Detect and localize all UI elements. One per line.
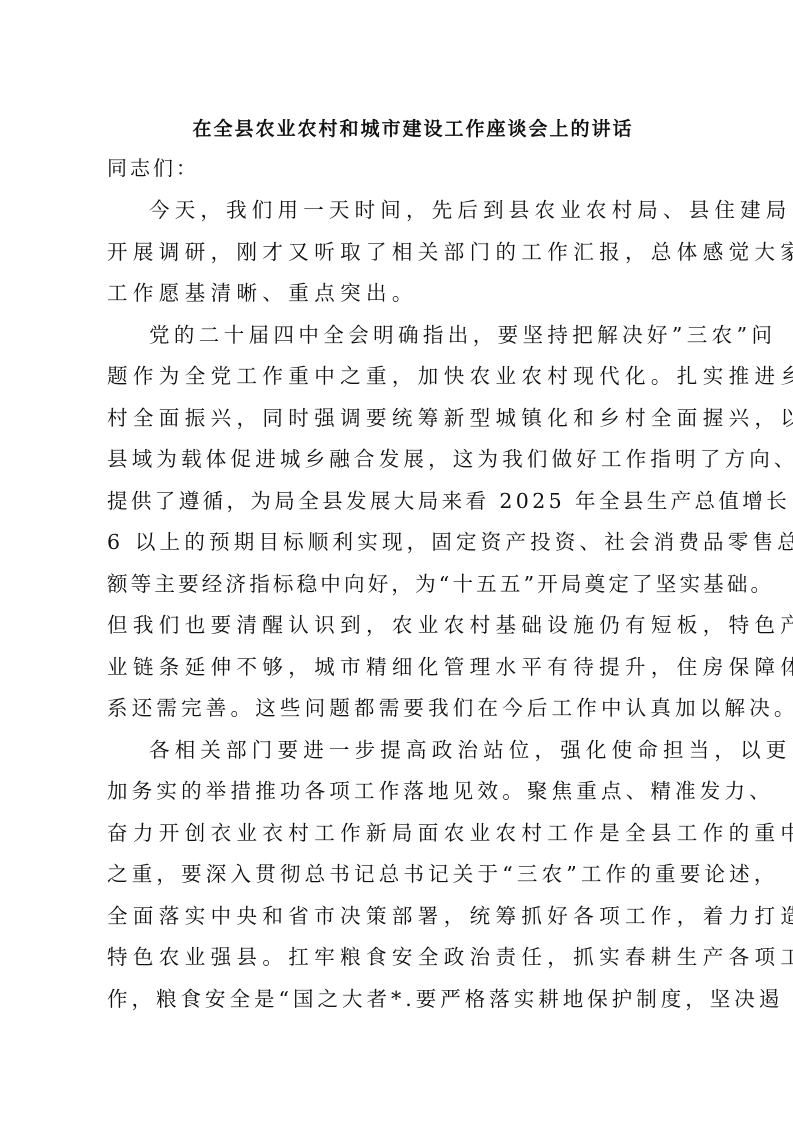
paragraph-line: 作，粮食安全是“国之大者*.要严格落实耕地保护制度，坚决遏: [107, 979, 689, 1021]
paragraph-line: 各相关部门要进一步提高政治站位，强化使命担当，以更: [107, 730, 689, 772]
paragraph-line: 之重，要深入贯彻总书记总书记关于“三农”工作的重要论述，: [107, 854, 689, 896]
paragraph-2: 党的二十届四中全会明确指出，要坚持把解决好”三农”问 题作为全党工作重中之重，加…: [107, 315, 689, 730]
paragraph-line: 县域为载体促进城乡融合发展，这为我们做好工作指明了方向、: [107, 439, 689, 481]
greeting: 同志们：: [107, 148, 689, 188]
paragraph-line: 特色农业强县。扛牢粮食安全政治责任，抓实春耕生产各项工: [107, 937, 689, 979]
paragraph-line: 今天，我们用一天时间，先后到县农业农村局、县住建局: [107, 190, 689, 232]
paragraph-line: 加务实的举措推功各项工作落地见效。聚焦重点、精准发力、: [107, 771, 689, 813]
paragraph-1: 今天，我们用一天时间，先后到县农业农村局、县住建局 开展调研，刚才又听取了相关部…: [107, 190, 689, 315]
paragraph-line: 系还需完善。这些问题都需要我们在今后工作中认真加以解决。: [107, 688, 689, 730]
paragraph-line: 奋力开创衣业衣村工作新局面农业农村工作是全县工作的重中: [107, 813, 689, 855]
paragraph-3: 各相关部门要进一步提高政治站位，强化使命担当，以更 加务实的举措推功各项工作落地…: [107, 730, 689, 1021]
paragraph-line: 提供了遵循，为局全县发展大局来看 2025 年全县生产总值增长: [107, 481, 689, 523]
paragraph-line: 但我们也要清醒认识到，农业农村基础设施仍有短板，特色产: [107, 605, 689, 647]
paragraph-line: 业链条延伸不够，城市精细化管理水平有待提升，住房保障体: [107, 647, 689, 689]
paragraph-line: 全面落实中央和省市决策部署，统筹抓好各项工作，着力打造: [107, 896, 689, 938]
paragraph-line: 党的二十届四中全会明确指出，要坚持把解决好”三农”问: [107, 315, 689, 357]
document-page: 在全县农业农村和城市建设工作座谈会上的讲话 同志们： 今天，我们用一天时间，先后…: [107, 112, 689, 1020]
paragraph-line: 6 以上的预期目标顺利实现，固定资产投资、社会消费品零售总: [107, 522, 689, 564]
paragraph-line: 题作为全党工作重中之重，加快农业农村现代化。扎实推进乡: [107, 356, 689, 398]
paragraph-line: 村全面振兴，同时强调要统筹新型城镇化和乡村全面握兴，以: [107, 398, 689, 440]
document-title: 在全县农业农村和城市建设工作座谈会上的讲话: [107, 112, 689, 146]
paragraph-line: 额等主要经济指标稳中向好，为“十五五”开局奠定了坚实基础。: [107, 564, 689, 606]
paragraph-line: 开展调研，刚才又听取了相关部门的工作汇报，总体感觉大家: [107, 232, 689, 274]
paragraph-line: 工作愿基清晰、重点突出。: [107, 273, 689, 315]
